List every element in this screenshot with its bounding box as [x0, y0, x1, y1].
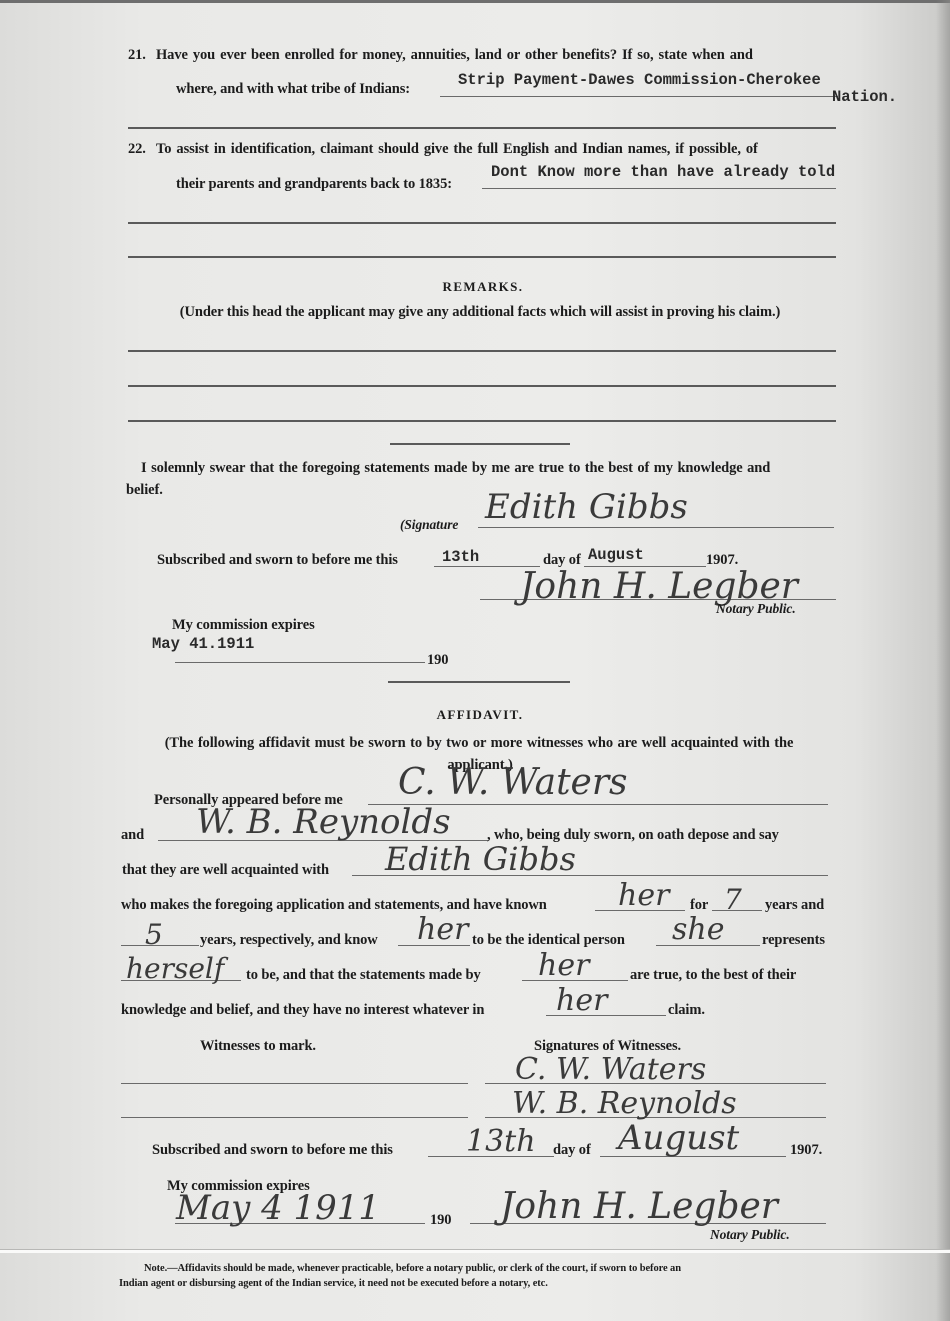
typed-answer: Strip Payment-Dawes Commission-Cherokee: [458, 71, 821, 89]
question-text: their parents and grandparents back to 1…: [176, 176, 452, 193]
commission-label: My commission expires: [172, 617, 315, 634]
section-divider: [388, 681, 570, 683]
subscribed-label: Subscribed and sworn to before me this: [157, 552, 398, 569]
person-pronoun: she: [672, 912, 724, 947]
statements-label: to be, and that the statements made by: [246, 967, 481, 984]
answer-line: [128, 256, 836, 258]
year-prefix: 190: [430, 1212, 451, 1229]
section-divider: [390, 443, 570, 445]
question-text: where, and with what tribe of Indians:: [176, 81, 410, 98]
acquainted-label: that they are well acquainted with: [122, 862, 329, 879]
answer-line: [128, 127, 836, 129]
applicant-handwritten: Edith Gibbs: [385, 840, 576, 878]
commission-line: [175, 662, 425, 663]
affidavit-heading: AFFIDAVIT.: [0, 707, 950, 723]
scan-top-edge: [0, 0, 950, 3]
applicant-signature: Edith Gibbs: [485, 487, 688, 527]
question-text: To assist in identification, claimant sh…: [156, 141, 758, 158]
year-prefix: 190: [427, 652, 448, 669]
claim-label: claim.: [668, 1002, 705, 1019]
scan-right-shadow: [936, 0, 950, 1321]
answer-line: [128, 222, 836, 224]
remarks-line: [128, 350, 836, 352]
witness-signature-1: C. W. Waters: [515, 1052, 706, 1087]
typed-month: August: [588, 546, 644, 564]
notary-label: Notary Public.: [716, 601, 796, 617]
typed-commission-date: May 41.1911: [152, 635, 254, 653]
years1-value: 7: [724, 883, 742, 916]
handwritten-month: August: [618, 1118, 739, 1158]
question-text: Have you ever been enrolled for money, a…: [156, 47, 753, 64]
years-and-label: years and: [765, 897, 824, 914]
day-of-label: day of: [553, 1142, 591, 1159]
self-pronoun: herself: [126, 952, 224, 985]
affidavit-subheading: (The following affidavit must be sworn t…: [0, 735, 950, 752]
question-number: 21.: [128, 47, 146, 64]
witnesses-mark-label: Witnesses to mark.: [200, 1038, 316, 1055]
handwritten-day: 13th: [466, 1124, 536, 1159]
typed-day: 13th: [442, 548, 479, 566]
document-page: 21. Have you ever been enrolled for mone…: [0, 0, 950, 1321]
notary-label: Notary Public.: [710, 1227, 790, 1243]
oath-text: belief.: [126, 482, 163, 499]
made-by-pronoun: her: [538, 948, 589, 983]
know-pronoun: her: [417, 912, 468, 947]
true-label: are true, to the best of their: [630, 967, 796, 984]
signature-line: [478, 527, 834, 528]
claim-pronoun: her: [556, 983, 607, 1018]
respectively-label: years, respectively, and know: [200, 932, 378, 949]
note-text: Indian agent or disbursing agent of the …: [119, 1278, 548, 1289]
remarks-line: [128, 420, 836, 422]
mark-line: [121, 1083, 468, 1084]
identical-label: to be the identical person: [472, 932, 625, 949]
answer-line: [482, 188, 836, 189]
subscribed-label: Subscribed and sworn to before me this: [152, 1142, 393, 1159]
remarks-subheading: (Under this head the applicant may give …: [0, 304, 950, 321]
known-text: who makes the foregoing application and …: [121, 897, 547, 914]
signature-label: (Signature: [400, 517, 458, 533]
mark-line: [121, 1117, 468, 1118]
known-pronoun: her: [618, 878, 669, 913]
witness-signature-2: W. B. Reynolds: [512, 1086, 737, 1121]
knowledge-label: knowledge and belief, and they have no i…: [121, 1002, 484, 1019]
handwritten-commission-date: May 4 1911: [176, 1188, 380, 1228]
remarks-line: [128, 385, 836, 387]
notary-signature: John H. Legber: [500, 1186, 778, 1227]
year-label: 1907.: [790, 1142, 822, 1159]
question-number: 22.: [128, 141, 146, 158]
answer-line: [440, 96, 838, 97]
witness2-handwritten: W. B. Reynolds: [196, 802, 451, 842]
scan-fold-line: [0, 1249, 950, 1253]
years2-value: 5: [145, 918, 163, 951]
represents-label: represents: [762, 932, 825, 949]
oath-text: I solemnly swear that the foregoing stat…: [141, 460, 770, 477]
typed-answer: Nation.: [832, 88, 897, 106]
remarks-heading: REMARKS.: [0, 279, 950, 295]
typed-answer: Dont Know more than have already told: [491, 163, 835, 181]
note-text: Note.—Affidavits should be made, wheneve…: [144, 1263, 681, 1274]
and-label: and: [121, 827, 144, 844]
witness1-handwritten: C. W. Waters: [398, 762, 628, 803]
